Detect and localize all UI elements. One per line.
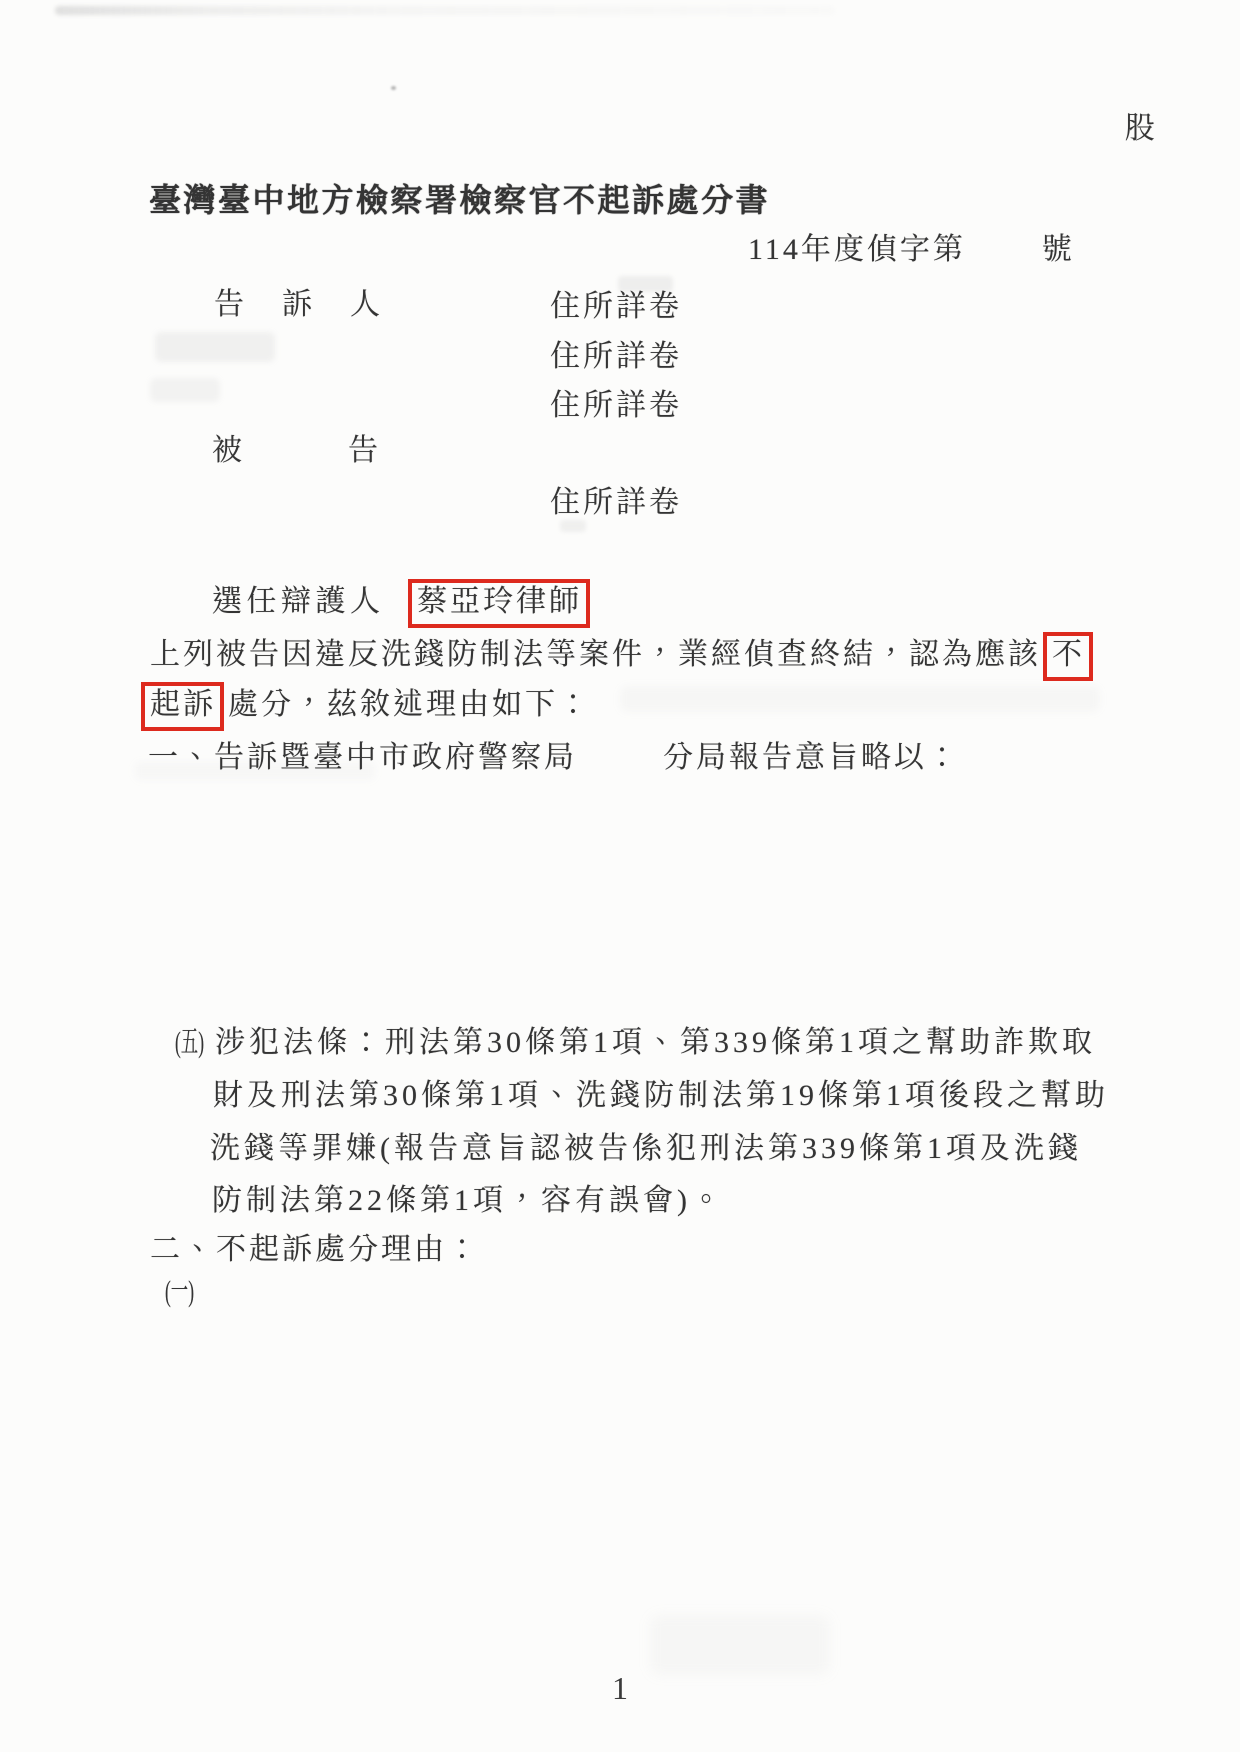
case-number-suffix: 號: [1042, 233, 1075, 266]
body-line-2: 起訴處分，茲敘述理由如下：: [141, 686, 591, 724]
item-5-marker: (五): [175, 1024, 198, 1062]
item-5-line-3: 洗錢等罪嫌(報告意旨認被告係犯刑法第339條第1項及洗錢: [210, 1130, 1082, 1168]
item-5-line-2: 財及刑法第30條第1項、洗錢防制法第19條第1項後段之幫助: [213, 1077, 1109, 1115]
section-1-part1: 一、告訴暨臺中市政府警察局: [148, 741, 577, 774]
scan-artifact-ghost: [155, 332, 275, 362]
item-5-line-4: 防制法第22條第1項，容有誤會)。: [212, 1182, 725, 1220]
defender-name-row: 蔡亞玲律師: [408, 583, 594, 621]
scan-artifact-patch: [650, 1615, 830, 1675]
item-1-marker-glyph: (一): [165, 1273, 188, 1311]
body-line-1-text: 上列被告因違反洗錢防制法等案件，業經偵查終結，認為應該: [150, 638, 1041, 671]
defender-label: 選任辯護人: [212, 583, 380, 621]
scan-artifact-dot: [391, 86, 396, 90]
address-value: 住所詳卷: [550, 338, 682, 376]
scan-artifact-top-edge: [55, 6, 835, 15]
division-label: 股: [1125, 110, 1158, 148]
address-value: 住所詳卷: [550, 484, 682, 522]
scan-artifact-ghost: [560, 520, 586, 532]
body-line-1: 上列被告因違反洗錢防制法等案件，業經偵查終結，認為應該不: [150, 636, 1093, 674]
scan-artifact-ghost: [150, 378, 220, 402]
item-1-marker: (一): [165, 1273, 205, 1311]
section-1-part2: 分局報告意旨略以：: [663, 741, 960, 774]
section-1-heading: 一、告訴暨臺中市政府警察局分局報告意旨略以：: [148, 739, 960, 777]
address-value: 住所詳卷: [550, 288, 682, 326]
highlight-box-bu: 不: [1043, 632, 1093, 681]
body-line-2-text: 處分，茲敘述理由如下：: [228, 688, 591, 721]
complainant-label: 告訴人: [214, 286, 380, 324]
doc-title: 臺灣臺中地方檢察署檢察官不起訴處分書: [149, 180, 770, 220]
item-5-line-1: (五)涉犯法條：刑法第30條第1項、第339條第1項之幫助詐欺取: [175, 1024, 1096, 1062]
scanned-document-page: 股 臺灣臺中地方檢察署檢察官不起訴處分書 114年度偵字第號 告訴人 住所詳卷 …: [0, 0, 1240, 1752]
item-5-line-1-text: 涉犯法條：刑法第30條第1項、第339條第1項之幫助詐欺取: [215, 1026, 1096, 1059]
scan-artifact-ghost: [620, 686, 1100, 712]
case-number-prefix: 114年度偵字第: [748, 233, 966, 266]
page-number: 1: [0, 1670, 1240, 1707]
defender-name-highlight-box: 蔡亞玲律師: [408, 579, 590, 628]
address-value: 住所詳卷: [550, 387, 682, 425]
highlight-box-qisu: 起訴: [141, 682, 224, 731]
defendant-label: 被告: [212, 432, 378, 470]
case-number-line: 114年度偵字第號: [748, 231, 1075, 269]
section-2-heading: 二、不起訴處分理由：: [150, 1231, 480, 1269]
